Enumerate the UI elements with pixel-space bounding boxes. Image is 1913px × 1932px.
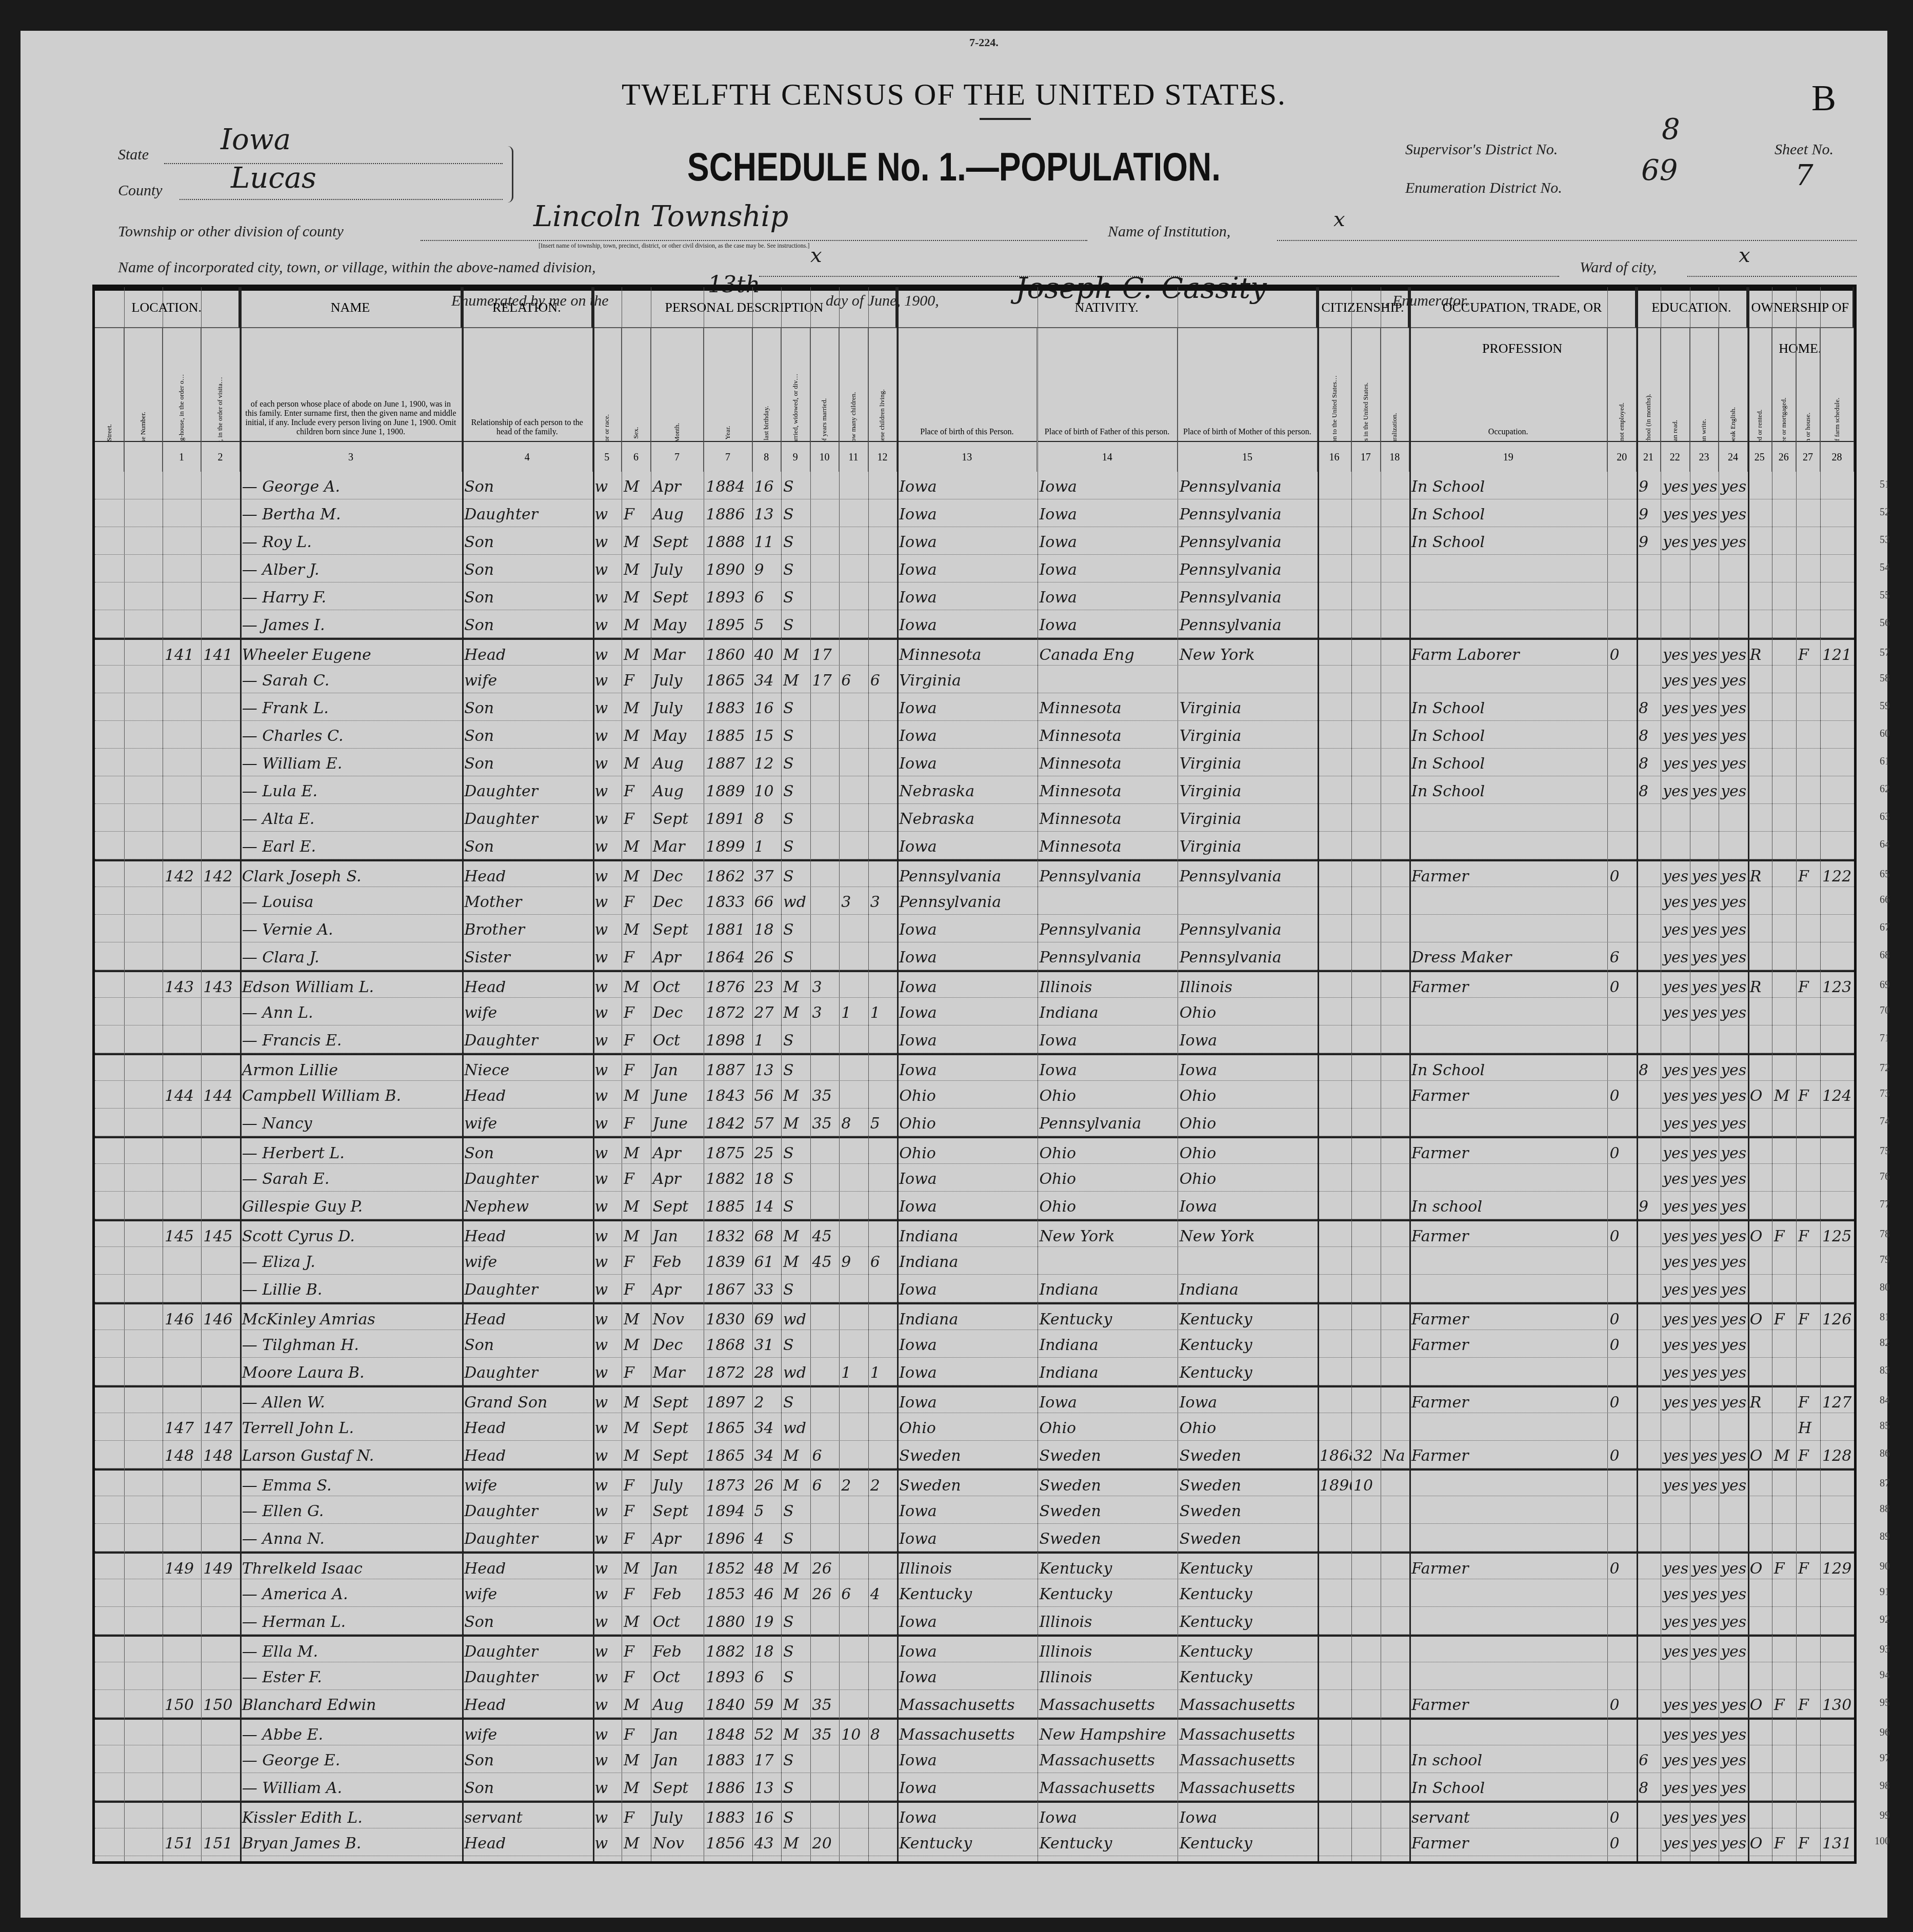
cell-own (1748, 1607, 1772, 1635)
cell-color: w (593, 582, 622, 610)
cell-fam (201, 1471, 240, 1498)
cell-fpob: Indiana (1038, 998, 1178, 1025)
cell-cl (868, 1637, 898, 1664)
line-number: 67 (1880, 922, 1890, 934)
cell-imm (1318, 1720, 1351, 1747)
table-row: — LouisaMotherwFDec183366wd33Pennsylvani… (95, 887, 1854, 915)
cell-fam (201, 1192, 240, 1219)
cell-color: w (593, 1358, 622, 1385)
cell-nat (1381, 1164, 1410, 1192)
cell-own (1748, 1745, 1772, 1773)
column-header: Number of years in the United States. (1351, 328, 1381, 441)
cell-free: F (1772, 1690, 1796, 1718)
cell-cl (868, 749, 898, 776)
cell-mc: 6 (839, 666, 868, 693)
cell-pob: Ohio (897, 1138, 1037, 1166)
cell-mpob: Ohio (1178, 998, 1318, 1025)
cell-mne (1607, 472, 1637, 499)
cell-pob: Pennsylvania (897, 887, 1037, 915)
cell-ym (810, 527, 840, 555)
table-row: — Ella M.DaughterwFFeb188218SIowaIllinoi… (95, 1635, 1854, 1662)
cell-mc (839, 1221, 868, 1249)
cell-ym (810, 832, 840, 859)
cell-sch (1637, 610, 1661, 638)
line-number: 88 (1880, 1503, 1890, 1515)
cell-free (1772, 1773, 1796, 1801)
state-value: Iowa (221, 123, 291, 156)
cell-sex: M (622, 1138, 651, 1166)
cell-pob: Iowa (897, 1524, 1037, 1552)
cell-dw (163, 1471, 201, 1498)
cell-year: 1887 (704, 749, 752, 776)
cell-pob: Iowa (897, 1387, 1037, 1415)
cell-write: yes (1690, 1579, 1719, 1607)
column-number (95, 441, 124, 472)
cell-mpob: New York (1178, 640, 1318, 668)
cell-sch: 6 (1637, 1745, 1661, 1773)
cell-nat (1381, 1387, 1410, 1415)
column-header: Occupation. (1409, 328, 1607, 441)
cell-read: yes (1661, 861, 1690, 889)
cell-year: 1893 (704, 582, 752, 610)
cell-yrs (1351, 1720, 1381, 1747)
cell-imm (1318, 1247, 1351, 1275)
cell-month: Aug (651, 749, 704, 776)
cell-imm (1318, 472, 1351, 499)
cell-year: 1899 (704, 832, 752, 859)
cell-read: yes (1661, 1247, 1690, 1275)
column-number (124, 441, 163, 472)
line-number: 87 (1880, 1478, 1890, 1490)
cell-fam: 146 (201, 1304, 240, 1332)
cell-imm (1318, 555, 1351, 582)
cell-mne (1607, 1275, 1637, 1302)
cell-year: 1885 (704, 1192, 752, 1219)
cell-month: Oct (651, 1025, 704, 1053)
cell-color: w (593, 1304, 622, 1332)
cell-farm (1796, 1637, 1820, 1664)
cell-occ: Farmer (1409, 1441, 1607, 1468)
cell-farm (1796, 776, 1820, 804)
cell-rel: Head (462, 1304, 592, 1332)
cell-color: w (593, 1803, 622, 1830)
cell-name: Clark Joseph S. (240, 861, 462, 889)
cell-mpob: Pennsylvania (1178, 499, 1318, 527)
cell-color: w (593, 998, 622, 1025)
cell-pob: Iowa (897, 1358, 1037, 1385)
column-divider (1820, 287, 1821, 1861)
column-number: 7 (651, 441, 704, 472)
cell-fpob: Sweden (1038, 1496, 1178, 1524)
cell-write: yes (1690, 1192, 1719, 1219)
cell-own (1748, 749, 1772, 776)
cell-imm (1318, 1330, 1351, 1358)
cell-name: — Nancy (240, 1109, 462, 1136)
line-number: 74 (1880, 1116, 1890, 1128)
cell-month: Feb (651, 1579, 704, 1607)
cell-own (1748, 472, 1772, 499)
cell-mne: 0 (1607, 640, 1637, 668)
table-row: Kissler Edith L.servantwFJuly188316SIowa… (95, 1801, 1854, 1828)
cell-fam: 143 (201, 972, 240, 1000)
cell-mpob: Ohio (1178, 1164, 1318, 1192)
cell-eng: yes (1719, 1247, 1748, 1275)
line-number: 58 (1880, 673, 1890, 685)
cell-rel: Grand Son (462, 1387, 592, 1415)
cell-yrs (1351, 666, 1381, 693)
cell-ym (810, 861, 840, 889)
cell-name: — Alta E. (240, 804, 462, 832)
table-row: — William E.SonwMAug188712SIowaMinnesota… (95, 749, 1854, 776)
cell-fam (201, 776, 240, 804)
cell-mpob: Pennsylvania (1178, 610, 1318, 638)
cell-pob: Iowa (897, 693, 1037, 721)
table-row: 148148Larson Gustaf N.HeadwMSept186534M6… (95, 1441, 1854, 1468)
cell-occ (1409, 666, 1607, 693)
cell-sch (1637, 861, 1661, 889)
cell-fpob: Pennsylvania (1038, 915, 1178, 942)
cell-year: 1882 (704, 1637, 752, 1664)
cell-farm (1796, 1496, 1820, 1524)
column-header: Number of these children living. (868, 328, 898, 441)
cell-dw (163, 1025, 201, 1053)
cell-color: w (593, 610, 622, 638)
column-number: 9 (781, 441, 810, 472)
cell-imm (1318, 693, 1351, 721)
column-header: Can write. (1690, 328, 1719, 441)
cell-sch (1637, 1471, 1661, 1498)
cell-write: yes (1690, 1745, 1719, 1773)
table-row: — Herman L.SonwMOct188019SIowaIllinoisKe… (95, 1607, 1854, 1635)
county-line (180, 199, 503, 200)
cell-occ: In school (1409, 1192, 1607, 1219)
cell-ms: wd (781, 1304, 810, 1332)
cell-farm (1796, 1247, 1820, 1275)
cell-month: June (651, 1081, 704, 1109)
cell-fpob: Illinois (1038, 1637, 1178, 1664)
cell-year: 1862 (704, 861, 752, 889)
cell-fam (201, 582, 240, 610)
cell-own: O (1748, 1690, 1772, 1718)
cell-read: yes (1661, 472, 1690, 499)
cell-nat (1381, 1413, 1410, 1441)
cell-fpob (1038, 1247, 1178, 1275)
table-row: — George E.SonwMJan188317SIowaMassachuse… (95, 1745, 1854, 1773)
cell-fam (201, 1662, 240, 1690)
line-number: 85 (1880, 1420, 1890, 1432)
cell-mc (839, 640, 868, 668)
cell-rel: Daughter (462, 1662, 592, 1690)
township-value: Lincoln Township (533, 200, 788, 233)
cell-name: Moore Laura B. (240, 1358, 462, 1385)
cell-year: 1894 (704, 1496, 752, 1524)
cell-write: yes (1690, 1081, 1719, 1109)
cell-yrs (1351, 887, 1381, 915)
township-label: Township or other division of county (118, 223, 344, 240)
cell-year: 1873 (704, 1471, 752, 1498)
cell-mc (839, 1607, 868, 1635)
cell-own: O (1748, 1081, 1772, 1109)
cell-free (1772, 998, 1796, 1025)
cell-occ (1409, 1275, 1607, 1302)
cell-ym: 17 (810, 666, 840, 693)
cell-month: July (651, 555, 704, 582)
cell-occ: In School (1409, 1055, 1607, 1083)
cell-mc (839, 1803, 868, 1830)
cell-own: R (1748, 861, 1772, 889)
cell-free (1772, 1138, 1796, 1166)
cell-fsch (1820, 1192, 1854, 1219)
cell-eng: yes (1719, 1607, 1748, 1635)
cell-mpob: Massachusetts (1178, 1745, 1318, 1773)
cell-ym: 6 (810, 1441, 840, 1468)
cell-name: Larson Gustaf N. (240, 1441, 462, 1468)
column-divider (704, 287, 704, 1861)
cell-age: 4 (752, 1524, 782, 1552)
cell-yrs: 32 (1351, 1441, 1381, 1468)
cell-own (1748, 666, 1772, 693)
cell-read (1661, 582, 1690, 610)
cell-fpob: Ohio (1038, 1413, 1178, 1441)
cell-month: Sept (651, 1192, 704, 1219)
cell-sch: 8 (1637, 721, 1661, 749)
column-number: 6 (622, 441, 651, 472)
cell-imm (1318, 749, 1351, 776)
cell-free (1772, 804, 1796, 832)
cell-eng: yes (1719, 1637, 1748, 1664)
cell-cl (868, 1803, 898, 1830)
cell-month: Sept (651, 527, 704, 555)
cell-fsch (1820, 1164, 1854, 1192)
cell-fpob: Iowa (1038, 1055, 1178, 1083)
cell-sch (1637, 915, 1661, 942)
cell-month: Feb (651, 1247, 704, 1275)
table-row: — Roy L.SonwMSept188811SIowaIowaPennsylv… (95, 527, 1854, 555)
cell-pob: Iowa (897, 1773, 1037, 1801)
cell-mne (1607, 832, 1637, 859)
cell-pob: Kentucky (897, 1828, 1037, 1856)
cell-name: — William E. (240, 749, 462, 776)
cell-yrs (1351, 1025, 1381, 1053)
cell-fam (201, 527, 240, 555)
cell-dw (163, 610, 201, 638)
cell-age: 27 (752, 998, 782, 1025)
cell-free (1772, 749, 1796, 776)
cell-sex: M (622, 1221, 651, 1249)
sheet-value: 7 (1795, 159, 1814, 192)
cell-write: yes (1690, 1471, 1719, 1498)
cell-own (1748, 776, 1772, 804)
cell-dw (163, 1773, 201, 1801)
cell-imm (1318, 776, 1351, 804)
cell-nat (1381, 749, 1410, 776)
column-group-header: NATIVITY. (897, 287, 1318, 328)
cell-cl (868, 472, 898, 499)
cell-eng: yes (1719, 640, 1748, 668)
township-line (421, 240, 1087, 241)
cell-mne (1607, 1358, 1637, 1385)
cell-ms: M (781, 972, 810, 1000)
cell-yrs (1351, 499, 1381, 527)
cell-occ (1409, 1637, 1607, 1664)
column-header: Place of birth of Mother of this person. (1178, 328, 1318, 441)
cell-pob: Sweden (897, 1441, 1037, 1468)
cell-fpob: Iowa (1038, 472, 1178, 499)
cell-month: Oct (651, 972, 704, 1000)
cell-ms: S (781, 1662, 810, 1690)
cell-color: w (593, 832, 622, 859)
table-row: — Eliza J.wifewFFeb183961M4596Indianayes… (95, 1247, 1854, 1275)
cell-rel: Nephew (462, 1192, 592, 1219)
cell-mpob: New York (1178, 1221, 1318, 1249)
cell-color: w (593, 666, 622, 693)
cell-nat (1381, 1055, 1410, 1083)
cell-occ: Farmer (1409, 1304, 1607, 1332)
cell-month: Aug (651, 499, 704, 527)
cell-own: O (1748, 1554, 1772, 1581)
cell-age: 57 (752, 1109, 782, 1136)
cell-age: 34 (752, 1441, 782, 1468)
cell-color: w (593, 1720, 622, 1747)
line-number: 94 (1880, 1669, 1890, 1681)
cell-age: 1 (752, 1025, 782, 1053)
cell-sex: F (622, 942, 651, 970)
cell-fsch: 128 (1820, 1441, 1854, 1468)
cell-write: yes (1690, 1055, 1719, 1083)
cell-farm (1796, 1138, 1820, 1166)
cell-eng (1719, 832, 1748, 859)
cell-own (1748, 582, 1772, 610)
cell-write: yes (1690, 861, 1719, 889)
cell-mpob: Kentucky (1178, 1554, 1318, 1581)
cell-occ: In school (1409, 1745, 1607, 1773)
cell-sex: M (622, 527, 651, 555)
cell-fam (201, 1773, 240, 1801)
cell-mne (1607, 1025, 1637, 1053)
column-number: 23 (1690, 441, 1719, 472)
cell-read (1661, 1524, 1690, 1552)
cell-fpob: Iowa (1038, 1803, 1178, 1830)
cell-pob: Iowa (897, 1275, 1037, 1302)
cell-cl (868, 915, 898, 942)
cell-dw: 142 (163, 861, 201, 889)
cell-cl: 8 (868, 1720, 898, 1747)
cell-month: June (651, 1109, 704, 1136)
cell-imm (1318, 1413, 1351, 1441)
cell-mpob: Sweden (1178, 1524, 1318, 1552)
cell-nat (1381, 887, 1410, 915)
cell-imm (1318, 1275, 1351, 1302)
cell-pob: Iowa (897, 972, 1037, 1000)
cell-sex: F (622, 804, 651, 832)
cell-sex: F (622, 1471, 651, 1498)
cell-fsch (1820, 610, 1854, 638)
cell-ym (810, 721, 840, 749)
township-note: [Insert name of township, town, precinct… (539, 242, 810, 250)
cell-sch (1637, 1330, 1661, 1358)
line-number: 99 (1880, 1810, 1890, 1822)
cell-imm (1318, 1138, 1351, 1166)
cell-age: 12 (752, 749, 782, 776)
cell-occ: Farmer (1409, 1330, 1607, 1358)
cell-eng: yes (1719, 499, 1748, 527)
cell-write (1690, 804, 1719, 832)
cell-ym: 45 (810, 1247, 840, 1275)
cell-farm (1796, 1471, 1820, 1498)
column-divider (1748, 287, 1749, 1861)
cell-yrs (1351, 1330, 1381, 1358)
cell-rel: Son (462, 1138, 592, 1166)
table-row: 141141Wheeler EugeneHeadwMMar186040M17Mi… (95, 638, 1854, 666)
supervisor-value: 8 (1662, 113, 1680, 146)
cell-age: 18 (752, 915, 782, 942)
cell-write: yes (1690, 1803, 1719, 1830)
cell-read: yes (1661, 1055, 1690, 1083)
cell-year: 1883 (704, 1803, 752, 1830)
cell-sch (1637, 942, 1661, 970)
cell-occ (1409, 915, 1607, 942)
cell-dw (163, 1745, 201, 1773)
cell-ym: 3 (810, 972, 840, 1000)
column-header: Farm or house. (1796, 328, 1820, 441)
cell-imm (1318, 1192, 1351, 1219)
cell-pob: Virginia (897, 666, 1037, 693)
cell-color: w (593, 693, 622, 721)
cell-mpob: Kentucky (1178, 1358, 1318, 1385)
cell-own (1748, 915, 1772, 942)
cell-year: 1881 (704, 915, 752, 942)
title-ornament (980, 118, 1031, 120)
ward-label: Ward of city, (1580, 259, 1657, 276)
cell-ms: S (781, 610, 810, 638)
cell-write: yes (1690, 640, 1719, 668)
column-number: 18 (1381, 441, 1410, 472)
cell-sch (1637, 1828, 1661, 1856)
column-header: Naturalization. (1381, 328, 1410, 441)
cell-ms: M (781, 1221, 810, 1249)
cell-ms: S (781, 499, 810, 527)
cell-age: 37 (752, 861, 782, 889)
cell-name: — Francis E. (240, 1025, 462, 1053)
cell-name: — America A. (240, 1579, 462, 1607)
column-number: 26 (1772, 441, 1796, 472)
cell-color: w (593, 1637, 622, 1664)
cell-fpob: Ohio (1038, 1138, 1178, 1166)
line-number: 81 (1880, 1312, 1890, 1323)
cell-sch (1637, 1579, 1661, 1607)
cell-read: yes (1661, 942, 1690, 970)
cell-occ (1409, 1579, 1607, 1607)
cell-fsch: 126 (1820, 1304, 1854, 1332)
cell-sex: F (622, 1496, 651, 1524)
cell-sex: F (622, 1803, 651, 1830)
cell-name: — Louisa (240, 887, 462, 915)
cell-free (1772, 832, 1796, 859)
cell-nat (1381, 610, 1410, 638)
cell-free (1772, 472, 1796, 499)
cell-name: — Ella M. (240, 1637, 462, 1664)
cell-yrs (1351, 1607, 1381, 1635)
cell-fsch: 127 (1820, 1387, 1854, 1415)
cell-name: — Ann L. (240, 998, 462, 1025)
cell-age: 14 (752, 1192, 782, 1219)
cell-mc (839, 1081, 868, 1109)
cell-farm (1796, 1164, 1820, 1192)
cell-cl (868, 555, 898, 582)
cell-color: w (593, 1441, 622, 1468)
cell-mc (839, 1745, 868, 1773)
cell-cl (868, 721, 898, 749)
